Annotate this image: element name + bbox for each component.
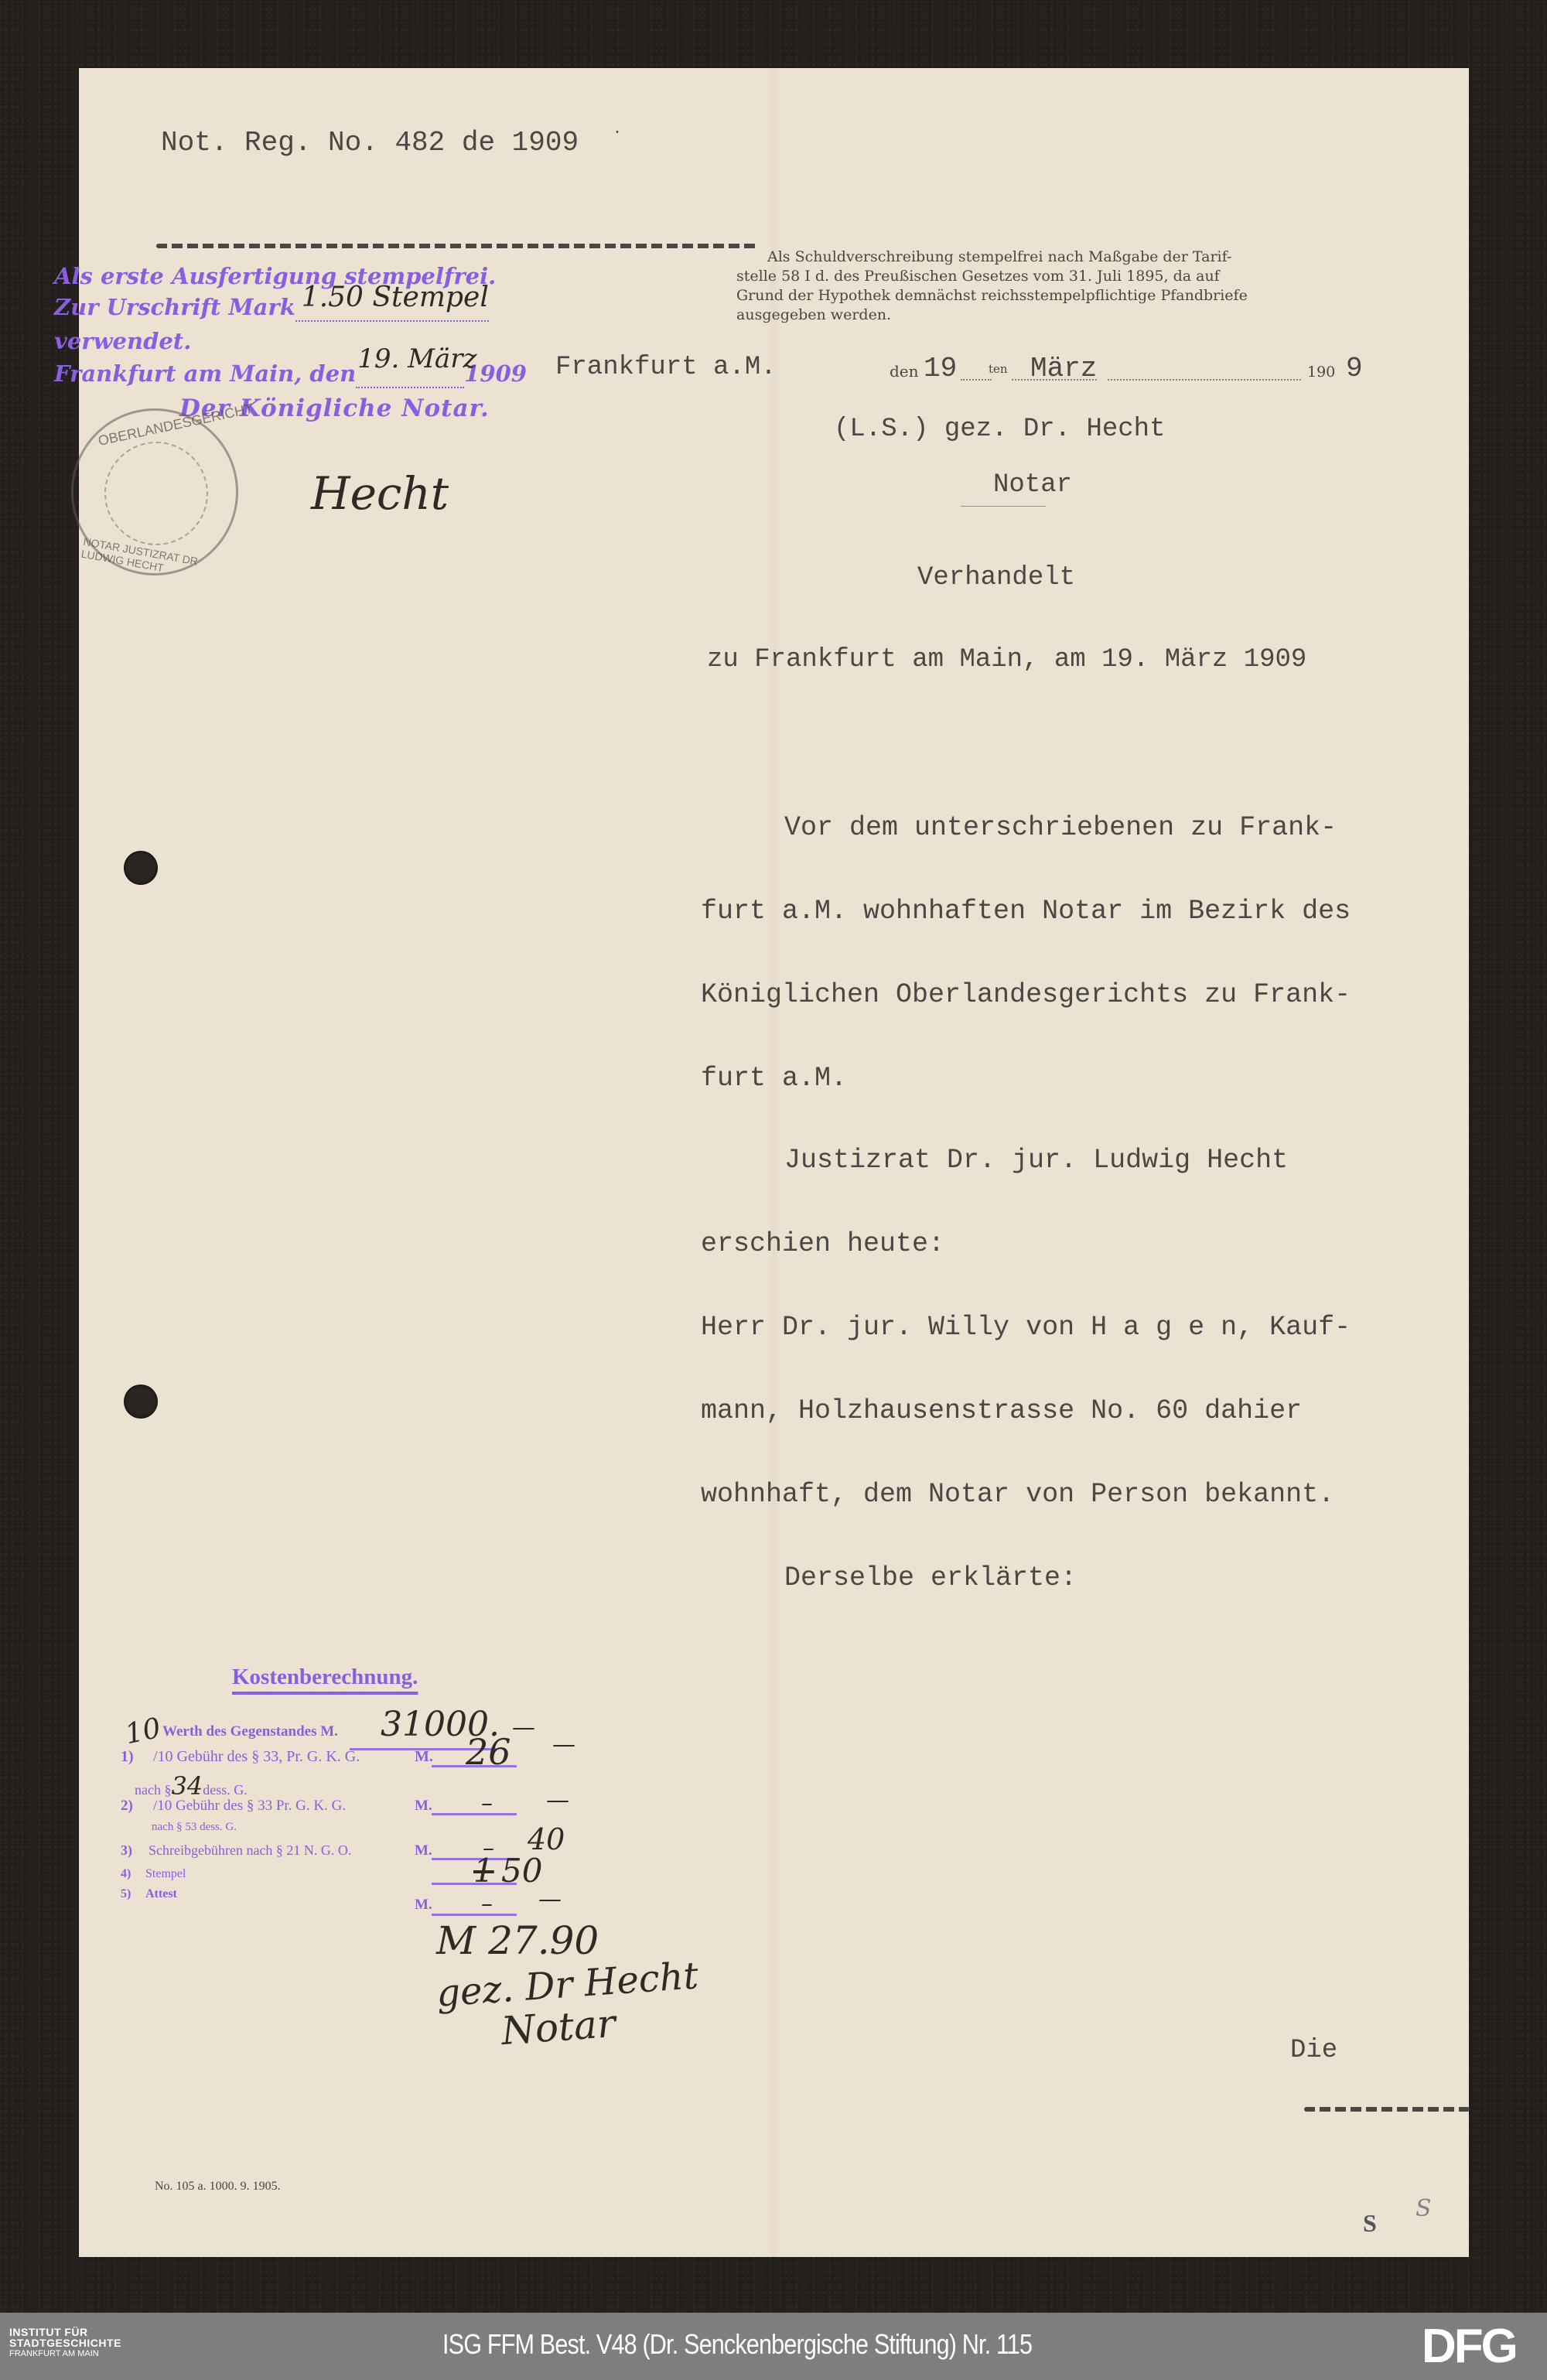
tax-note-line: Grund der Hypothek demnächst reichsstemp… [736, 286, 1386, 306]
seal-top-text: OBERLANDESGERICHT [97, 401, 254, 449]
tick-mark: · [613, 124, 622, 142]
institute-line-3: FRANKFURT AM MAIN [9, 2348, 121, 2359]
cost-row-4-tail: 50 [501, 1852, 542, 1890]
dfg-logo: DFG [1422, 2324, 1516, 2370]
heading-verhandelt: Verhandelt [917, 563, 1075, 592]
form-number: No. 105 a. 1000. 9. 1905. [155, 2180, 281, 2194]
body-line: Justizrat Dr. jur. Ludwig Hecht [784, 1145, 1288, 1176]
body-line: furt a.M. wohnhaften Notar im Bezirk des [701, 896, 1351, 927]
stamp-date-handwritten: 19. März [357, 343, 476, 374]
cost-row-4-text: Stempel [145, 1867, 186, 1881]
punch-hole-upper [124, 851, 158, 885]
body-line: wohnhaft, dem Notar von Person bekannt. [701, 1479, 1334, 1510]
archive-footer-bar: INSTITUT FÜR STADTGESCHICHTE FRANKFURT A… [0, 2313, 1547, 2380]
stamp-line-4: Frankfurt am Main, den19. März 1909 [54, 360, 527, 388]
row-1-sub-handwritten: 34 [171, 1771, 203, 1801]
den-label: den [890, 362, 919, 381]
cost-row-5-num: 5) [121, 1887, 131, 1901]
body-line: furt a.M. [701, 1063, 847, 1094]
tax-note-line: ausgegeben werden. [736, 306, 1386, 325]
cost-row-1-m: M. [415, 1748, 433, 1766]
cost-row-3-m: M. [415, 1842, 432, 1859]
eagle-emblem-icon [104, 442, 208, 545]
document-page: Not. Reg. No. 482 de 1909 · Als erste Au… [79, 68, 1469, 2257]
body-line: Derselbe erklärte: [784, 1562, 1077, 1593]
continuation-word: Die [1290, 2036, 1337, 2065]
cost-row-5-m: M. [415, 1897, 432, 1914]
cost-row-2-text: /10 Gebühr des § 33 Pr. G. K. G. [153, 1798, 346, 1815]
cost-signature-title: Notar [500, 2001, 616, 2054]
fraction-handwritten: 10 [122, 1712, 163, 1751]
row-2-underline [432, 1813, 517, 1815]
cost-row-1-sub: nach §34dess. G. [135, 1771, 248, 1801]
cost-total-handwritten: M 27.90 [436, 1918, 599, 1963]
date-day: 19 [924, 353, 957, 384]
cost-row-2-sub: nach § 53 dess. G. [152, 1821, 237, 1834]
cost-row-5-amount: – [481, 1890, 493, 1917]
body-line: Herr Dr. jur. Willy von H a g e n, Kauf- [701, 1312, 1351, 1343]
stamp-line-2: Zur Urschrift Mark1.50 Stempel [54, 294, 489, 322]
archive-reference: ISG FFM Best. V48 (Dr. Senckenbergische … [442, 2328, 1032, 2361]
tax-note-line: Als Schuldverschreibung stempelfrei nach… [736, 248, 1386, 267]
cost-row-3-num: 3) [121, 1842, 132, 1859]
notary-seal: OBERLANDESGERICHT NOTAR JUSTIZRAT DR LUD… [71, 408, 238, 575]
year-suffix: 9 [1346, 353, 1363, 384]
tax-exemption-note: Als Schuldverschreibung stempelfrei nach… [736, 248, 1386, 325]
cost-row-4-amount: 1 [473, 1852, 494, 1890]
page-mark-stamped: S [1363, 2209, 1377, 2238]
row-1-sub-suffix: dess. G. [203, 1782, 248, 1798]
date-month: März [1030, 353, 1097, 384]
cost-row-4-num: 4) [121, 1867, 131, 1881]
body-line: erschien heute: [701, 1228, 944, 1259]
cost-row-1-text: /10 Gebühr des § 33, Pr. G. K. G. [153, 1748, 360, 1766]
notary-signature: Hecht [311, 467, 449, 520]
ls-signature: (L.S.) gez. Dr. Hecht [834, 415, 1165, 444]
ls-title: Notar [993, 470, 1072, 500]
cost-row-2-m: M. [415, 1798, 432, 1815]
cost-row-1-num: 1) [121, 1748, 134, 1766]
cost-row-5-tail: — [538, 1886, 562, 1913]
institute-logo: INSTITUT FÜR STADTGESCHICHTE FRANKFURT A… [9, 2327, 121, 2359]
cost-row-2-tail: — [546, 1787, 569, 1814]
year-prefix: 190 [1307, 364, 1335, 381]
tax-note-line: stelle 58 I d. des Preußischen Gesetzes … [736, 267, 1386, 286]
row-5-underline [432, 1914, 517, 1916]
body-line: mann, Holzhausenstrasse No. 60 dahier [701, 1395, 1302, 1426]
punch-hole-lower [124, 1385, 158, 1419]
cost-row-5-text: Attest [145, 1887, 177, 1901]
day-dotline [961, 379, 992, 381]
cost-row-1-amount: 26 [466, 1731, 511, 1773]
page-mark-pencil: S [1416, 2195, 1432, 2222]
cost-row-1-tail: — [552, 1731, 575, 1758]
cost-value-label: Werth des Gegenstandes M. [162, 1723, 338, 1740]
cost-title: Kostenberechnung. [232, 1665, 418, 1690]
notar-underline [961, 506, 1046, 507]
body-line: Königlichen Oberlandesgerichts zu Frank- [701, 979, 1351, 1010]
cost-row-3-text: Schreibgebühren nach § 21 N. G. O. [149, 1842, 351, 1859]
register-number: Not. Reg. No. 482 de 1909 [161, 127, 579, 159]
cost-row-2-amount: – [481, 1790, 493, 1817]
cost-row-2-num: 2) [121, 1798, 133, 1815]
institute-line-2: STADTGESCHICHTE [9, 2337, 121, 2348]
institute-line-1: INSTITUT FÜR [9, 2327, 121, 2337]
month-dotline-right [1108, 379, 1301, 381]
stamp-fee-handwritten: 1.50 Stempel [302, 282, 489, 313]
stamp-date-prefix: Frankfurt am Main, den [54, 360, 356, 387]
register-separator [156, 244, 758, 248]
place: Frankfurt a.M. [555, 353, 777, 382]
stamp-line-3: verwendet. [54, 328, 191, 354]
subheading-place-date: zu Frankfurt am Main, am 19. März 1909 [707, 645, 1306, 674]
ten-label: ten [989, 362, 1008, 376]
value-tail-mark: — [512, 1714, 535, 1741]
row-1-sub-prefix: nach § [135, 1782, 171, 1798]
continuation-dashes [1304, 2107, 1470, 2112]
stamp-line-2-prefix: Zur Urschrift Mark [54, 294, 295, 320]
body-line: Vor dem unterschriebenen zu Frank- [784, 812, 1337, 843]
